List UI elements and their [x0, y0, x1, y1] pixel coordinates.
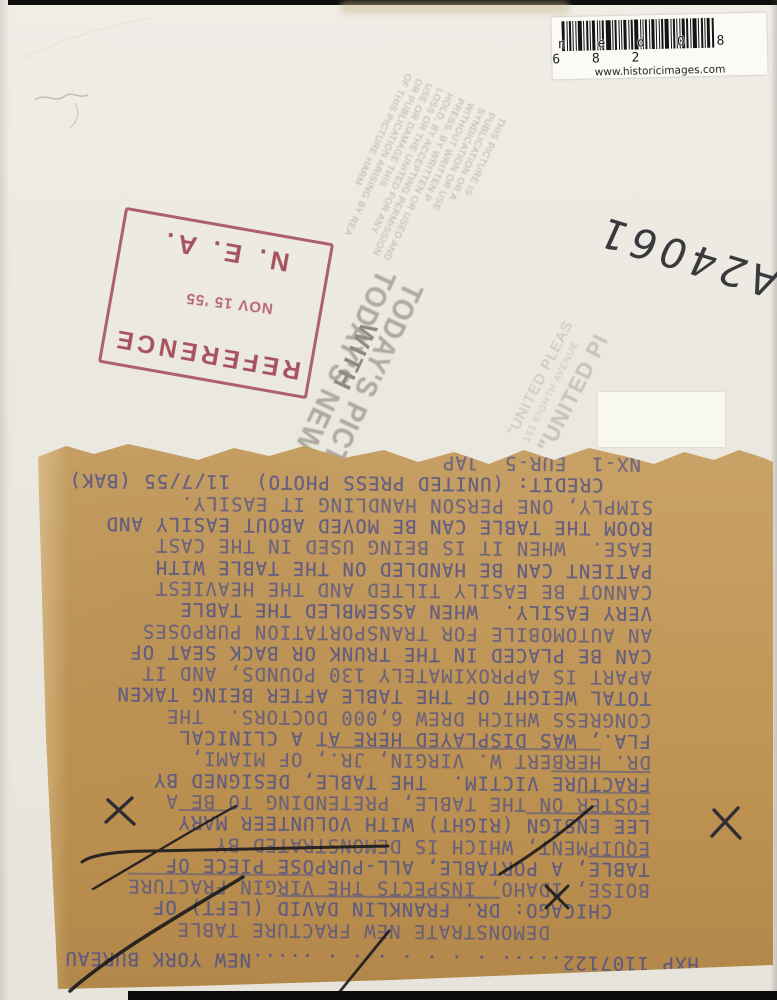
united-press-legal-text: THIS PICTURE ISPUBLICATION OR ASYNDICATI… — [328, 72, 508, 282]
caption-underlined-text: FOSTER — [576, 791, 651, 816]
caption-line: HXP 1107122..... . . . . . . . .....NEW … — [50, 947, 699, 974]
caption-underlined-text: MARY — [177, 809, 227, 833]
press-photo-back-scan: { "colors":{"stamp_red":"#9d3d4c","typew… — [0, 0, 777, 1000]
caption-text: NX-1 EUR-5 JAP — [442, 452, 641, 476]
blank-label-patch — [598, 392, 725, 447]
caption-paper: HXP 1107122..... . . . . . . . .....NEW … — [32, 437, 773, 989]
caption-text: CHICAGO: — [500, 899, 612, 922]
caption-text: , A PORTABLE, ALL-PURPOSE PIECE OF — [165, 854, 588, 880]
barcode-sticker: n e d 0 8 6 8 2 www.historicimages.com — [551, 13, 767, 80]
scan-bottom-edge — [128, 991, 777, 1000]
scan-left-edge — [0, 0, 10, 1000]
barcode-value: n e d 0 8 6 8 2 — [552, 33, 768, 68]
caption-text: EQUIPMENT, WHICH IS DEMONSTRATED BY — [215, 833, 651, 859]
caption-text: DR. — [601, 751, 651, 773]
caption-text: , OF MIAMI, — [190, 747, 327, 770]
caption-text: HXP 1107122..... . . . . . . . .....NEW … — [64, 947, 699, 975]
reference-stamp-org: N. E. A. — [129, 220, 321, 284]
caption-text: (LEFT) OF — [152, 896, 277, 919]
typed-caption: HXP 1107122..... . . . . . . . .....NEW … — [30, 434, 776, 992]
caption-text: ON THE TABLE, PRETENDING TO BE A — [165, 790, 576, 816]
caption-underlined-text: TABLE — [588, 855, 650, 880]
caption-underlined-text: LEE ENSIGN — [526, 812, 651, 837]
top-stain — [340, 1, 570, 14]
caption-underlined-text: FRACTURE — [551, 770, 651, 795]
reference-stamp-date: NOV 15 '55 — [121, 282, 274, 317]
caption-text: DEMONSTRATE NEW FRACTURE TABLE — [177, 918, 550, 943]
caption-text: (RIGHT) WITH VOLUNTEER — [227, 812, 526, 837]
caption-text: VICTIM. THE TABLE, DESIGNED BY — [153, 768, 551, 793]
caption-text: BOISE, IDAHO, INSPECTS THE — [314, 876, 650, 901]
barcode-website: www.historicimages.com — [595, 64, 726, 79]
